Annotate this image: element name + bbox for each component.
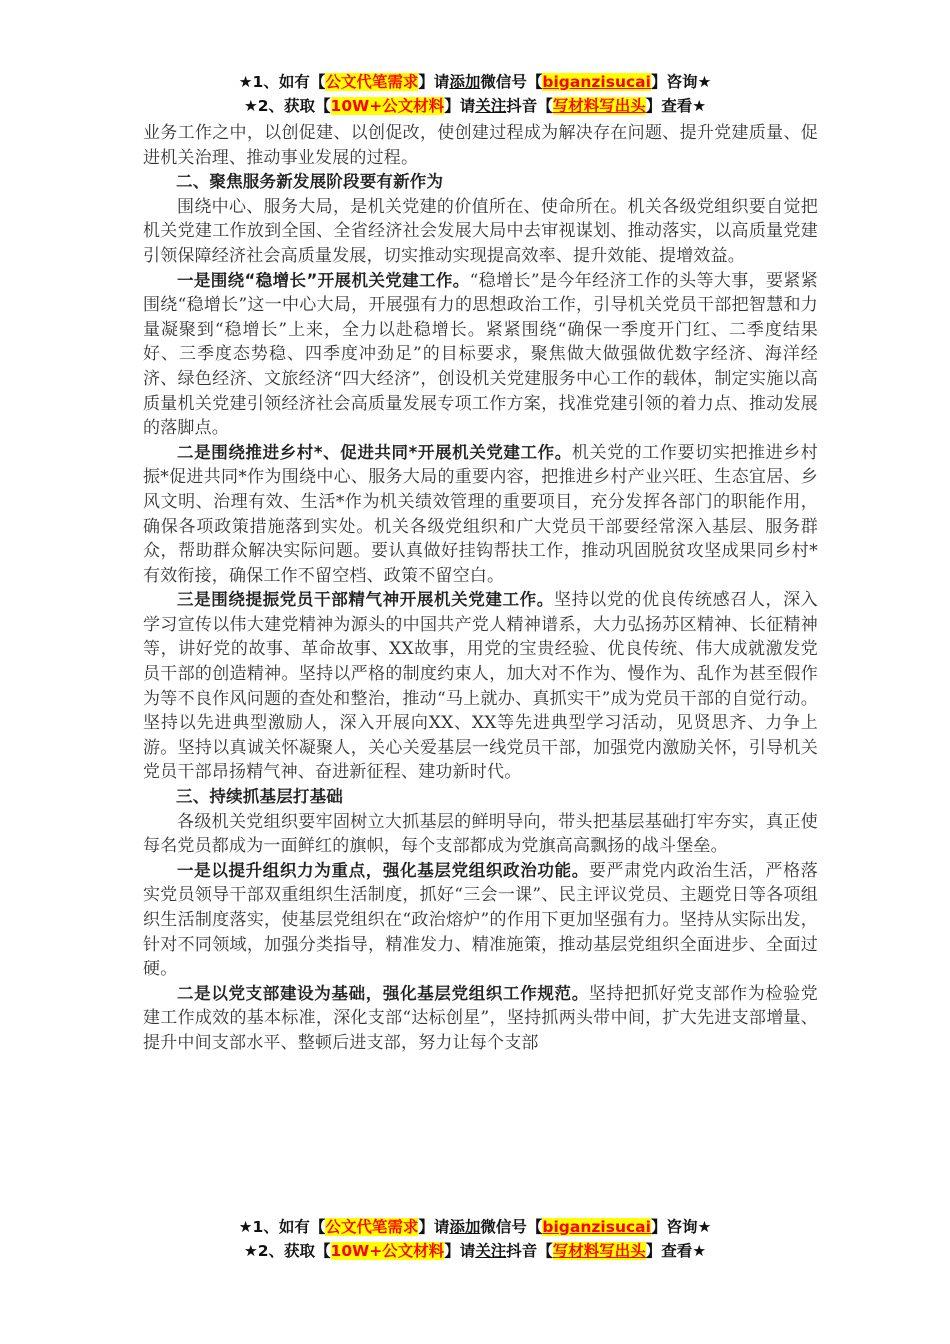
promo-text: 】咨询★ xyxy=(651,73,711,91)
lead-sentence: 一是以提升组织力为重点，强化基层党组织政治功能。 xyxy=(177,861,589,880)
promo-line-2: ★2、获取【10W+公文材料】请关注抖音【写材料写出头】查看★ xyxy=(0,1239,950,1263)
lead-sentence: 三是围绕提振党员干部精气神开展机关党建工作。 xyxy=(177,590,554,609)
lead-sentence: 二是以党支部建设为基础，强化基层党组织工作规范。 xyxy=(177,984,589,1003)
promo-banner-bottom: ★1、如有【公文代笔需求】请添加微信号【biganzisucai】咨询★ ★2、… xyxy=(0,1215,950,1263)
promo-text: ★2、获取【 xyxy=(244,97,331,115)
section-heading-3: 三、持续抓基层打基础 xyxy=(143,785,818,810)
promo-line-1: ★1、如有【公文代笔需求】请添加微信号【biganzisucai】咨询★ xyxy=(0,70,950,94)
promo-text: 】咨询★ xyxy=(651,1218,711,1236)
promo-text: ★2、获取【 xyxy=(244,1242,331,1260)
promo-text: 】查看★ xyxy=(646,1242,706,1260)
promo-text: 】请 xyxy=(418,1218,449,1236)
paragraph-with-lead: 三是围绕提振党员干部精气神开展机关党建工作。坚持以党的优良传统感召人，深入学习宣… xyxy=(143,588,818,785)
promo-highlight: 公文代笔需求 xyxy=(325,73,418,91)
paragraph: 各级机关党组织要牢固树立大抓基层的鲜明导向，带头把基层基础打牢夯实，真正使每名党… xyxy=(143,810,818,859)
promo-underlined: 添加 xyxy=(449,1218,480,1236)
promo-text: 抖音【 xyxy=(506,1242,553,1260)
paragraph-with-lead: 二是以党支部建设为基础，强化基层党组织工作规范。坚持把抓好党支部作为检验党建工作… xyxy=(143,982,818,1056)
promo-banner-top: ★1、如有【公文代笔需求】请添加微信号【biganzisucai】咨询★ ★2、… xyxy=(0,70,950,118)
promo-wechat-id: biganzisucai xyxy=(542,1218,651,1236)
promo-text: ★1、如有【 xyxy=(239,1218,326,1236)
promo-douyin-id: 写材料写出头 xyxy=(553,97,646,115)
promo-text: 抖音【 xyxy=(506,97,553,115)
paragraph-continued: 业务工作之中，以创促建、以创促改，使创建过程成为解决存在问题、提升党建质量、促进… xyxy=(143,121,818,170)
promo-douyin-id: 写材料写出头 xyxy=(553,1242,646,1260)
lead-sentence: 二是围绕推进乡村*、促进共同*开展机关党建工作。 xyxy=(177,443,572,462)
paragraph-with-lead: 二是围绕推进乡村*、促进共同*开展机关党建工作。机关党的工作要切实把推进乡村振*… xyxy=(143,441,818,589)
promo-text: 】请 xyxy=(444,1242,475,1260)
paragraph-text: 机关党的工作要切实把推进乡村振*促进共同*作为围绕中心、服务大局的重要内容，把推… xyxy=(143,443,818,586)
promo-line-2: ★2、获取【10W+公文材料】请关注抖音【写材料写出头】查看★ xyxy=(0,94,950,118)
promo-underlined: 关注 xyxy=(475,1242,506,1260)
promo-text: 】查看★ xyxy=(646,97,706,115)
section-heading-2: 二、聚焦服务新发展阶段要有新作为 xyxy=(143,170,818,195)
paragraph: 围绕中心、服务大局，是机关党建的价值所在、使命所在。机关各级党组织要自觉把机关党… xyxy=(143,195,818,269)
promo-text: 】请 xyxy=(418,73,449,91)
paragraph-text: “稳增长”是今年经济工作的头等大事，要紧紧围绕“稳增长”这一中心大局，开展强有力… xyxy=(143,271,818,439)
paragraph-with-lead: 一是以提升组织力为重点，强化基层党组织政治功能。要严肃党内政治生活，严格落实党员… xyxy=(143,859,818,982)
promo-line-1: ★1、如有【公文代笔需求】请添加微信号【biganzisucai】咨询★ xyxy=(0,1215,950,1239)
promo-wechat-id: biganzisucai xyxy=(542,73,651,91)
promo-text: 微信号【 xyxy=(480,73,542,91)
paragraph-text: 坚持以党的优良传统感召人，深入学习宣传以伟大建党精神为源头的中国共产党人精神谱系… xyxy=(143,590,818,782)
promo-text: 】请 xyxy=(444,97,475,115)
promo-highlight: 10W+公文材料 xyxy=(331,97,445,115)
lead-sentence: 一是围绕“稳增长”开展机关党建工作。 xyxy=(177,271,470,290)
paragraph-with-lead: 一是围绕“稳增长”开展机关党建工作。“稳增长”是今年经济工作的头等大事，要紧紧围… xyxy=(143,269,818,441)
promo-highlight: 10W+公文材料 xyxy=(331,1242,445,1260)
document-body: 业务工作之中，以创促建、以创促改，使创建过程成为解决存在问题、提升党建质量、促进… xyxy=(143,121,818,1056)
promo-text: ★1、如有【 xyxy=(239,73,326,91)
promo-underlined: 关注 xyxy=(475,97,506,115)
promo-underlined: 添加 xyxy=(449,73,480,91)
promo-highlight: 公文代笔需求 xyxy=(325,1218,418,1236)
promo-text: 微信号【 xyxy=(480,1218,542,1236)
document-page: ★1、如有【公文代笔需求】请添加微信号【biganzisucai】咨询★ ★2、… xyxy=(0,0,950,1344)
